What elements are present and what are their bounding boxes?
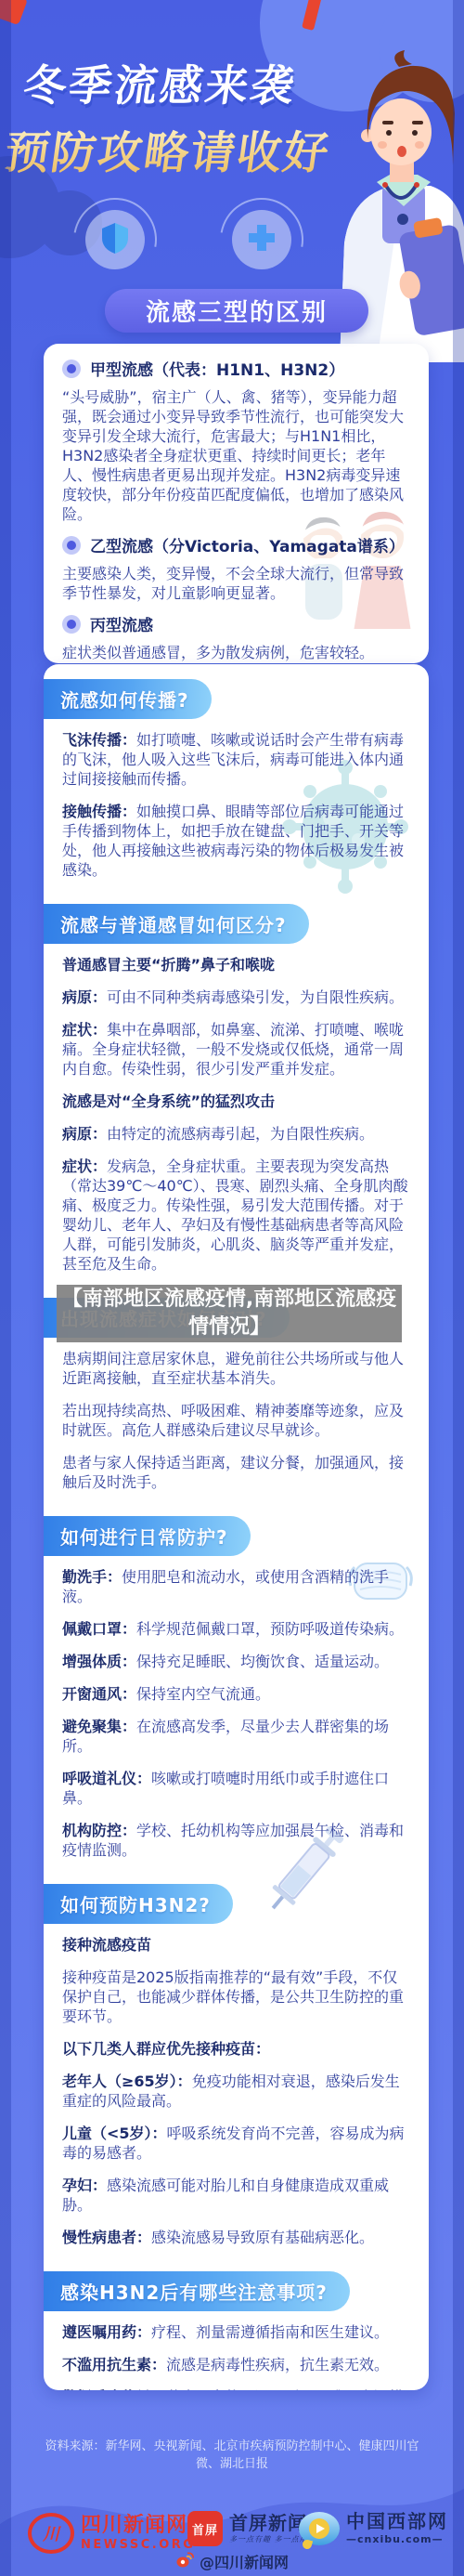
para-text: 发病急，全身症状重。主要表现为突发高热（常达39℃～40℃）、畏寒、剧烈头痛、全… bbox=[62, 1157, 408, 1273]
para-text: 可由不同种类病毒感染引发，为自限性疾病。 bbox=[107, 988, 404, 1006]
paragraph: 增强体质：保持充足睡眠、均衡饮食、适量运动。 bbox=[62, 1652, 410, 1671]
flu-types-card: 甲型流感（代表：H1N1、H3N2） “头号威胁”，宿主广（人、禽、猪等），变异… bbox=[44, 344, 429, 663]
flu-type-title: 甲型流感（代表：H1N1、H3N2） bbox=[90, 357, 344, 380]
para-text: 保持充足睡眠、均衡饮食、适量运动。 bbox=[136, 1653, 389, 1670]
section-difference: 流感与普通感冒如何区分? 普通感冒主要“折腾”鼻子和喉咙 病原：可由不同种类病毒… bbox=[62, 904, 410, 1274]
paragraph: 不滥用抗生素：流感是病毒性疾病，抗生素无效。 bbox=[62, 2355, 410, 2374]
para-label: 接触传播： bbox=[62, 803, 136, 820]
flu-type-heading: 丙型流感 bbox=[62, 612, 410, 635]
flu-type-body: “头号威胁”，宿主广（人、禽、猪等），变异能力超强，既会通过小变异导致季节性流行… bbox=[62, 387, 410, 524]
bullet-icon bbox=[62, 360, 81, 378]
para-label: 症状： bbox=[62, 1021, 107, 1039]
section-response: 【南部地区流感疫情,南部地区流感疫情情况】 出现流感症状如何应对? 患病期间注意… bbox=[62, 1298, 410, 1492]
para-text: 疗程、剂量需遵循指南和医生建议。 bbox=[151, 2323, 389, 2341]
section-ribbon: 如何预防H3N2? bbox=[44, 1884, 233, 1924]
para-text: 患者与家人保持适当距离，建议分餐，加强通风，接触后及时洗手。 bbox=[62, 1454, 404, 1491]
paragraph: 患病期间注意居家休息，避免前往公共场所或与他人近距离接触，直至症状基本消失。 bbox=[62, 1349, 410, 1388]
paragraph: 患者与家人保持适当距离，建议分餐，加强通风，接触后及时洗手。 bbox=[62, 1453, 410, 1492]
flu-guide-card: 流感如何传播? 飞沫传播：如打喷嚏、咳嗽或说话时会产生带有病毒的飞沫，他人吸入这… bbox=[44, 664, 429, 2390]
poster-title-line1: 冬季流感来袭 bbox=[19, 52, 301, 113]
section-daily-protection: 如何进行日常防护? 勤洗手：使用肥皂和流动水，或使用含酒精的洗手液。 佩戴口罩：… bbox=[62, 1516, 410, 1860]
para-text: 感染流感可能对胎儿和自身健康造成双重威胁。 bbox=[62, 2177, 389, 2214]
paragraph: 若出现持续高热、呼吸困难、精神萎靡等迹象，应及时就医。高危人群感染后建议尽早就诊… bbox=[62, 1401, 410, 1440]
weibo-icon bbox=[175, 2552, 194, 2571]
poster-title-line2: 预防攻略请收好 bbox=[1, 117, 335, 181]
para-label: 普通感冒主要“折腾”鼻子和喉咙 bbox=[62, 956, 275, 974]
para-label: 不滥用抗生素： bbox=[62, 2356, 166, 2373]
weibo-account-name: @四川新闻网 bbox=[200, 2551, 289, 2572]
paragraph: 遵医嘱用药：疗程、剂量需遵循指南和医生建议。 bbox=[62, 2322, 410, 2342]
medical-cross-badge bbox=[232, 210, 291, 269]
para-text: 科学规范佩戴口罩，预防呼吸道传染病。 bbox=[136, 1620, 404, 1638]
shield-icon bbox=[100, 221, 130, 258]
paragraph: 流感是对“全身系统”的猛烈攻击 bbox=[62, 1092, 410, 1111]
logo-shouping-news: 首屏 首屏新闻 多一点有趣 多一点用心 bbox=[187, 2511, 316, 2546]
para-label: 老年人（≥65岁）： bbox=[62, 2073, 192, 2090]
paragraph: 佩戴口罩：科学规范佩戴口罩，预防呼吸道传染病。 bbox=[62, 1619, 410, 1639]
cnxibu-logo-icon bbox=[299, 2512, 340, 2545]
paragraph: 接种疫苗是2025版指南推荐的“最有效”手段，不仅保护自己，也能减少群体传播，是… bbox=[62, 1968, 410, 2026]
watermark-caption: 【南部地区流感疫情,南部地区流感疫情情况】 bbox=[57, 1285, 402, 1342]
shield-badge bbox=[85, 210, 145, 269]
para-label: 佩戴口罩： bbox=[62, 1620, 136, 1638]
flu-poster: 冬季流感来袭 预防攻略请收好 流感三型的区别 bbox=[0, 0, 464, 2576]
section-pill-title: 流感三型的区别 bbox=[105, 289, 368, 333]
paragraph: 症状：发病急，全身症状重。主要表现为突发高热（常达39℃～40℃）、畏寒、剧烈头… bbox=[62, 1157, 410, 1274]
paragraph: 勤洗手：使用肥皂和流动水，或使用含酒精的洗手液。 bbox=[62, 1567, 410, 1606]
para-label: 病原： bbox=[62, 988, 107, 1006]
scnews-logo-icon: 川 bbox=[28, 2513, 74, 2554]
right-border bbox=[453, 0, 464, 2576]
paragraph: 飞沫传播：如打喷嚏、咳嗽或说话时会产生带有病毒的飞沫，他人吸入这些飞沫后，病毒可… bbox=[62, 730, 410, 789]
paragraph: 接触传播：如触摸口鼻、眼睛等部位后病毒可能通过手传播到物体上，如把手放在键盘、门… bbox=[62, 802, 410, 880]
paragraph: 警惕重症信号：若出现高热不退、呼吸困难、意识模糊等症状，应立即就医。 bbox=[62, 2387, 410, 2390]
bullet-icon bbox=[62, 615, 81, 634]
source-attribution: 资料来源：新华网、央视新闻、北京市疾病预防控制中心、健康四川官微、湖北日报 bbox=[33, 2436, 431, 2471]
logo-scnews: 川 四川新闻网 NEWSSC.ORG bbox=[28, 2513, 195, 2554]
weibo-handle: @四川新闻网 bbox=[0, 2551, 464, 2572]
para-label: 症状： bbox=[62, 1157, 107, 1175]
para-text: 由特定的流感病毒引起，为自限性疾病。 bbox=[107, 1125, 374, 1143]
logo-cnxibu: 中国西部网 —cnxibu.com— bbox=[299, 2511, 448, 2545]
section-ribbon: 流感与普通感冒如何区分? bbox=[44, 904, 309, 944]
para-label: 勤洗手： bbox=[62, 1568, 122, 1586]
para-label: 警惕重症信号： bbox=[62, 2388, 166, 2390]
para-label: 以下几类人群应优先接种疫苗： bbox=[62, 2040, 270, 2058]
section-ribbon: 流感如何传播? bbox=[44, 679, 212, 719]
paragraph: 老年人（≥65岁）：免疫功能相对衰退，感染后发生重症的风险最高。 bbox=[62, 2072, 410, 2111]
paragraph: 症状：集中在鼻咽部，如鼻塞、流涕、打喷嚏、喉咙痛。全身症状轻微，一般不发烧或仅低… bbox=[62, 1020, 410, 1079]
shouping-logo-icon: 首屏 bbox=[187, 2511, 223, 2546]
para-text: 若出现持续高热、呼吸困难、精神萎靡等迹象，应及时就医。高危人群感染后建议尽早就诊… bbox=[62, 1402, 404, 1439]
paragraph: 接种流感疫苗 bbox=[62, 1935, 410, 1955]
paragraph: 儿童（<5岁）：呼吸系统发育尚不完善，容易成为病毒的易感者。 bbox=[62, 2124, 410, 2163]
paragraph: 病原：可由不同种类病毒感染引发，为自限性疾病。 bbox=[62, 987, 410, 1007]
flu-type-heading: 乙型流感（分Victoria、Yamagata谱系） bbox=[62, 533, 410, 556]
left-border bbox=[0, 0, 11, 2576]
paragraph: 机构防控：学校、托幼机构等应加强晨午检、消毒和疫情监测。 bbox=[62, 1821, 410, 1860]
para-text: 流感是病毒性疾病，抗生素无效。 bbox=[166, 2356, 389, 2373]
paragraph: 孕妇：感染流感可能对胎儿和自身健康造成双重威胁。 bbox=[62, 2176, 410, 2215]
section-prevent-h3n2: 如何预防H3N2? 接种流感疫苗 接种疫苗是2025版指南推荐的“最有效”手段，… bbox=[62, 1884, 410, 2247]
section-ribbon: 感染H3N2后有哪些注意事项? bbox=[44, 2271, 350, 2311]
section-ribbon: 如何进行日常防护? bbox=[44, 1516, 251, 1556]
flu-type-title: 乙型流感（分Victoria、Yamagata谱系） bbox=[90, 533, 405, 556]
para-text: 集中在鼻咽部，如鼻塞、流涕、打喷嚏、喉咙痛。全身症状轻微，一般不发烧或仅低烧，通… bbox=[62, 1021, 404, 1078]
scnews-logo-name: 四川新闻网 bbox=[81, 2515, 195, 2537]
section-transmission: 流感如何传播? 飞沫传播：如打喷嚏、咳嗽或说话时会产生带有病毒的飞沫，他人吸入这… bbox=[62, 679, 410, 880]
para-text: 接种疫苗是2025版指南推荐的“最有效”手段，不仅保护自己，也能减少群体传播，是… bbox=[62, 1968, 404, 2025]
para-label: 孕妇： bbox=[62, 2177, 107, 2194]
para-text: 保持室内空气流通。 bbox=[136, 1685, 270, 1703]
paragraph: 开窗通风：保持室内空气流通。 bbox=[62, 1684, 410, 1704]
paragraph: 呼吸道礼仪：咳嗽或打喷嚏时用纸巾或手肘遮住口鼻。 bbox=[62, 1769, 410, 1808]
cnxibu-logo-name: 中国西部网 bbox=[346, 2511, 448, 2531]
para-label: 避免聚集： bbox=[62, 1718, 136, 1735]
para-label: 增强体质： bbox=[62, 1653, 136, 1670]
para-label: 慢性病患者： bbox=[62, 2229, 151, 2246]
para-label: 儿童（<5岁）： bbox=[62, 2125, 167, 2142]
flu-type-heading: 甲型流感（代表：H1N1、H3N2） bbox=[62, 357, 410, 380]
para-label: 飞沫传播： bbox=[62, 731, 136, 749]
para-text: 患病期间注意居家休息，避免前往公共场所或与他人近距离接触，直至症状基本消失。 bbox=[62, 1350, 404, 1387]
flu-type-body: 症状类似普通感冒，多为散发病例，危害较轻。 bbox=[62, 643, 410, 662]
paragraph: 避免聚集：在流感高发季，尽量少去人群密集的场所。 bbox=[62, 1717, 410, 1756]
para-text: 感染流感易导致原有基础病恶化。 bbox=[151, 2229, 374, 2246]
para-label: 遵医嘱用药： bbox=[62, 2323, 151, 2341]
section-h3n2-notes: 感染H3N2后有哪些注意事项? 遵医嘱用药：疗程、剂量需遵循指南和医生建议。 不… bbox=[62, 2271, 410, 2390]
para-label: 开窗通风： bbox=[62, 1685, 136, 1703]
paragraph: 慢性病患者：感染流感易导致原有基础病恶化。 bbox=[62, 2228, 410, 2247]
para-label: 病原： bbox=[62, 1125, 107, 1143]
flu-type-title: 丙型流感 bbox=[90, 612, 153, 635]
para-label: 呼吸道礼仪： bbox=[62, 1770, 151, 1787]
flu-type-body: 主要感染人类，变异慢，不会全球大流行，但常导致季节性暴发，对儿童影响更显著。 bbox=[62, 564, 410, 603]
play-icon bbox=[309, 2518, 329, 2539]
paragraph: 病原：由特定的流感病毒引起，为自限性疾病。 bbox=[62, 1124, 410, 1144]
medical-cross-icon bbox=[247, 223, 277, 256]
cnxibu-logo-domain: —cnxibu.com— bbox=[346, 2534, 448, 2545]
para-label: 接种流感疫苗 bbox=[62, 1936, 151, 1954]
paragraph: 以下几类人群应优先接种疫苗： bbox=[62, 2039, 410, 2059]
para-label: 机构防控： bbox=[62, 1822, 136, 1839]
para-label: 流感是对“全身系统”的猛烈攻击 bbox=[62, 1092, 275, 1110]
paragraph: 普通感冒主要“折腾”鼻子和喉咙 bbox=[62, 955, 410, 974]
bullet-icon bbox=[62, 536, 81, 555]
